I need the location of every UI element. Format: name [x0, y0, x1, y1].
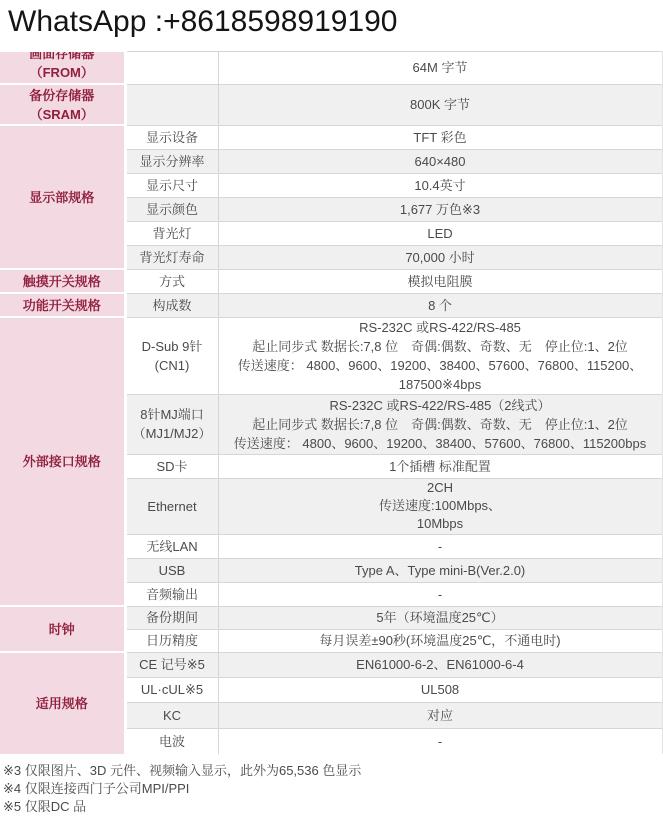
category-touch-switch-spec: 触摸开关规格 — [0, 269, 125, 293]
row-sram: 备份存储器 （SRAM） 800K 字节 — [0, 84, 662, 125]
category-line: （FROM） — [0, 63, 124, 82]
category-display-spec: 显示部规格 — [0, 125, 125, 269]
spec-label-method: 方式 — [125, 269, 218, 293]
spec-label-audio: 音频输出 — [125, 582, 218, 606]
spec-value-backlight-life: 70,000 小时 — [218, 245, 662, 269]
spec-value-sram: 800K 字节 — [218, 84, 662, 125]
spec-value-line: 传送速度:100Mbps、 — [219, 497, 662, 515]
category-backup-memory-sram: 备份存储器 （SRAM） — [0, 84, 125, 125]
spec-value-dsub: RS-232C 或RS-422/RS-485 起止同步式 数据长:7,8 位 奇… — [218, 317, 662, 394]
spec-label-kc: KC — [125, 702, 218, 728]
spec-value-wlan: - — [218, 534, 662, 558]
spec-label-backlight: 背光灯 — [125, 221, 218, 245]
spec-value-line: 传送速度： 4800、9600、19200、38400、57600、76800、… — [219, 434, 662, 453]
category-line: 备份存储器 — [0, 86, 124, 105]
spec-value-backlight: LED — [218, 221, 662, 245]
spec-value-colors: 1,677 万色※3 — [218, 197, 662, 221]
spec-value-line: 起止同步式 数据长:7,8 位 奇偶:偶数、奇数、无 停止位:1、2位 — [219, 337, 662, 356]
spec-label-backup-period: 备份期间 — [125, 606, 218, 629]
spec-label-usb: USB — [125, 558, 218, 582]
spec-value-line: RS-232C 或RS-422/RS-485 — [219, 318, 662, 337]
spec-value-line: 2CH — [219, 479, 662, 497]
spec-value-line: 起止同步式 数据长:7,8 位 奇偶:偶数、奇数、无 停止位:1、2位 — [219, 415, 662, 434]
category-clock: 时钟 — [0, 606, 125, 652]
spec-value-usb: Type A、Type mini-B(Ver.2.0) — [218, 558, 662, 582]
spec-label-ul: UL·cUL※5 — [125, 677, 218, 702]
spec-label-ce: CE 记号※5 — [125, 652, 218, 677]
category-line: 画面存储器 — [0, 51, 124, 63]
spec-value-method: 模拟电阻膜 — [218, 269, 662, 293]
footnote-5: ※5 仅限DC 品 — [3, 798, 663, 816]
spec-value-ethernet: 2CH 传送速度:100Mbps、 10Mbps — [218, 478, 662, 534]
category-external-interface-spec: 外部接口规格 — [0, 317, 125, 606]
spec-label-sd: SD卡 — [125, 454, 218, 478]
spec-value-backup-period: 5年（环境温度25℃） — [218, 606, 662, 629]
spec-value-line: 187500※4bps — [219, 375, 662, 394]
whatsapp-contact-banner: WhatsApp :+8618598919190 — [0, 0, 663, 50]
whatsapp-number-text: WhatsApp :+8618598919190 — [8, 5, 398, 38]
spec-value-mj: RS-232C 或RS-422/RS-485（2线式） 起止同步式 数据长:7,… — [218, 394, 662, 454]
spec-label-dsub: D-Sub 9针 (CN1) — [125, 317, 218, 394]
spec-label-line: （MJ1/MJ2） — [127, 424, 218, 443]
category-screen-memory-from: 画面存储器 （FROM） — [0, 51, 125, 84]
row-dsub: 外部接口规格 D-Sub 9针 (CN1) RS-232C 或RS-422/RS… — [0, 317, 662, 394]
row-display-device: 显示部规格 显示设备 TFT 彩色 — [0, 125, 662, 149]
category-applicable-standards: 适用规格 — [0, 652, 125, 754]
spec-label-wlan: 无线LAN — [125, 534, 218, 558]
spec-value-ul: UL508 — [218, 677, 662, 702]
spec-label-backlight-life: 背光灯寿命 — [125, 245, 218, 269]
spec-value-kc: 对应 — [218, 702, 662, 728]
spec-value-line: 10Mbps — [219, 515, 662, 533]
row-ce-mark: 适用规格 CE 记号※5 EN61000-6-2、EN61000-6-4 — [0, 652, 662, 677]
row-backup-period: 时钟 备份期间 5年（环境温度25℃） — [0, 606, 662, 629]
category-line: （SRAM） — [0, 105, 124, 124]
spec-value-ce: EN61000-6-2、EN61000-6-4 — [218, 652, 662, 677]
spec-value-line: 传送速度： 4800、9600、19200、38400、57600、76800、… — [219, 356, 662, 375]
spec-label-mj: 8针MJ端口 （MJ1/MJ2） — [125, 394, 218, 454]
spec-label-line: (CN1) — [127, 356, 218, 375]
spec-value-display-device: TFT 彩色 — [218, 125, 662, 149]
spec-value-switch-count: 8 个 — [218, 293, 662, 317]
spec-label-line: D-Sub 9针 — [127, 337, 218, 356]
spec-label-display-device: 显示设备 — [125, 125, 218, 149]
category-function-switch-spec: 功能开关规格 — [0, 293, 125, 317]
spec-label-empty — [125, 84, 218, 125]
row-from: 画面存储器 （FROM） 64M 字节 — [0, 51, 662, 84]
spec-value-resolution: 640×480 — [218, 149, 662, 173]
spec-label-switch-count: 构成数 — [125, 293, 218, 317]
spec-value-line: RS-232C 或RS-422/RS-485（2线式） — [219, 396, 662, 415]
footnote-4: ※4 仅限连接西门子公司MPI/PPI — [3, 780, 663, 798]
spec-value-radio: - — [218, 728, 662, 754]
spec-label-calendar: 日历精度 — [125, 629, 218, 652]
spec-label-colors: 显示颜色 — [125, 197, 218, 221]
spec-label-size: 显示尺寸 — [125, 173, 218, 197]
footnote-3: ※3 仅限图片、3D 元件、视频输入显示，此外为65,536 色显示 — [3, 762, 663, 780]
footnotes: ※3 仅限图片、3D 元件、视频输入显示，此外为65,536 色显示 ※4 仅限… — [3, 762, 663, 816]
specification-table: 画面存储器 （FROM） 64M 字节 备份存储器 （SRAM） 800K 字节… — [0, 50, 663, 754]
spec-label-ethernet: Ethernet — [125, 478, 218, 534]
row-function-switch: 功能开关规格 构成数 8 个 — [0, 293, 662, 317]
spec-label-empty — [125, 51, 218, 84]
spec-value-audio: - — [218, 582, 662, 606]
spec-label-line: 8针MJ端口 — [127, 405, 218, 424]
row-touch-method: 触摸开关规格 方式 模拟电阻膜 — [0, 269, 662, 293]
spec-value-from: 64M 字节 — [218, 51, 662, 84]
spec-label-resolution: 显示分辨率 — [125, 149, 218, 173]
spec-value-calendar: 每月误差±90秒(环境温度25℃，不通电时) — [218, 629, 662, 652]
spec-value-size: 10.4英寸 — [218, 173, 662, 197]
spec-label-radio: 电波 — [125, 728, 218, 754]
spec-value-sd: 1个插槽 标准配置 — [218, 454, 662, 478]
